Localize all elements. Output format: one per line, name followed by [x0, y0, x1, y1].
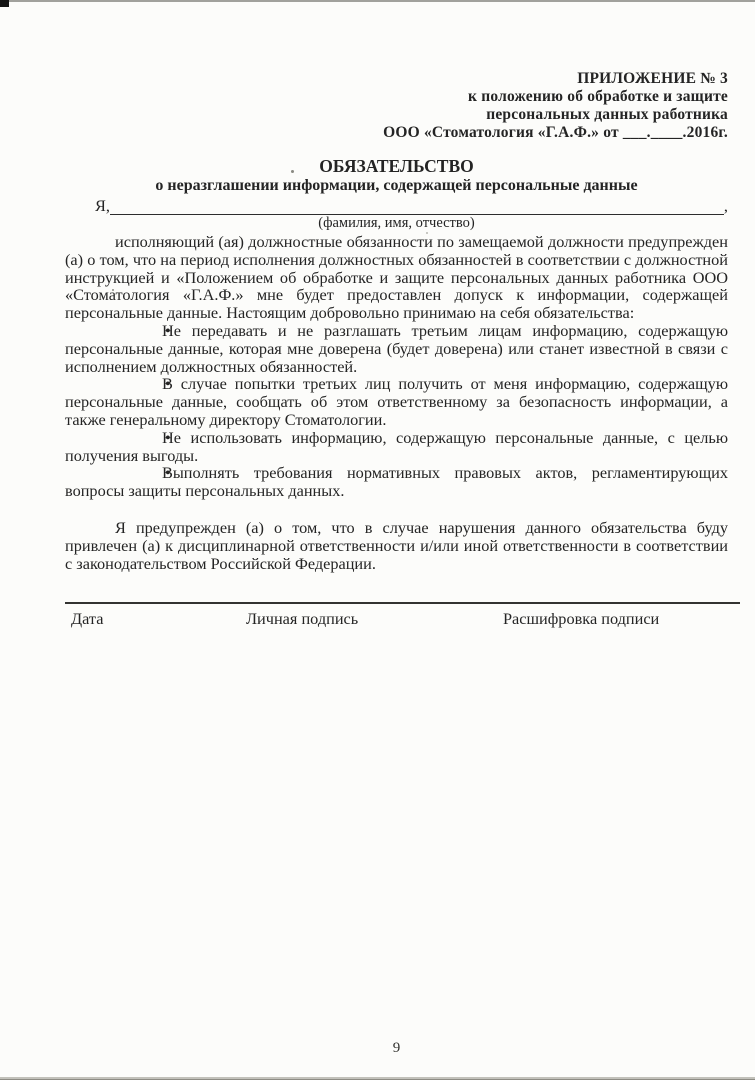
- document-subtitle: о неразглашении информации, содержащей п…: [65, 176, 728, 195]
- bullet-icon: •: [115, 464, 162, 482]
- name-suffix-comma: ,: [724, 196, 728, 215]
- obligation-bullet: •Выполнять требования нормативных правов…: [65, 464, 728, 500]
- obligation-bullet: •Не использовать информацию, содержащую …: [65, 429, 728, 465]
- signature-rule: Дата Личная подпись Расшифровка подписи: [65, 602, 740, 632]
- bullet-text: Не использовать информацию, содержащую п…: [65, 428, 728, 465]
- name-fill-line: Я, ,: [65, 196, 728, 215]
- bullet-text: Выполнять требования нормативных правовы…: [65, 463, 728, 500]
- bullet-icon: •: [115, 429, 162, 447]
- bullet-text: В случае попытки третьих лиц получить от…: [65, 374, 728, 429]
- bullet-text: Не передавать и не разглашать третьим ли…: [65, 321, 728, 376]
- document-title: ОБЯЗАТЕЛЬСТВО: [65, 156, 728, 176]
- personal-signature-label: Личная подпись: [246, 609, 358, 629]
- page-number: 9: [65, 1040, 728, 1057]
- bullet-icon: •: [115, 375, 162, 393]
- obligation-bullet: •Не передавать и не разглашать третьим л…: [65, 322, 728, 375]
- name-underline: [110, 197, 724, 215]
- appendix-line-3: персональных данных работника: [65, 106, 728, 124]
- document-page: ПРИЛОЖЕНИЕ № 3 к положению об обработке …: [65, 70, 728, 632]
- appendix-line-2: к положению об обработке и защите: [65, 88, 728, 106]
- date-label: Дата: [71, 609, 103, 629]
- appendix-line-4: ООО «Стоматология «Г.А.Ф.» от ___.____.2…: [65, 124, 728, 142]
- appendix-number-line: ПРИЛОЖЕНИЕ № 3: [65, 70, 728, 88]
- scan-corner-mark: [0, 0, 9, 7]
- name-prefix: Я,: [95, 196, 110, 215]
- obligation-bullet: •В случае попытки третьих лиц получить о…: [65, 375, 728, 428]
- bullet-icon: •: [115, 322, 162, 340]
- signature-transcript-label: Расшифровка подписи: [503, 609, 659, 629]
- closing-paragraph: Я предупрежден (а) о том, что в случае н…: [65, 519, 728, 572]
- name-caption: (фамилия, имя, отчество): [65, 216, 728, 231]
- intro-paragraph: исполняющий (ая) должностные обязанности…: [65, 233, 728, 322]
- scan-edge-top: [0, 0, 755, 2]
- appendix-header: ПРИЛОЖЕНИЕ № 3 к положению об обработке …: [65, 70, 728, 142]
